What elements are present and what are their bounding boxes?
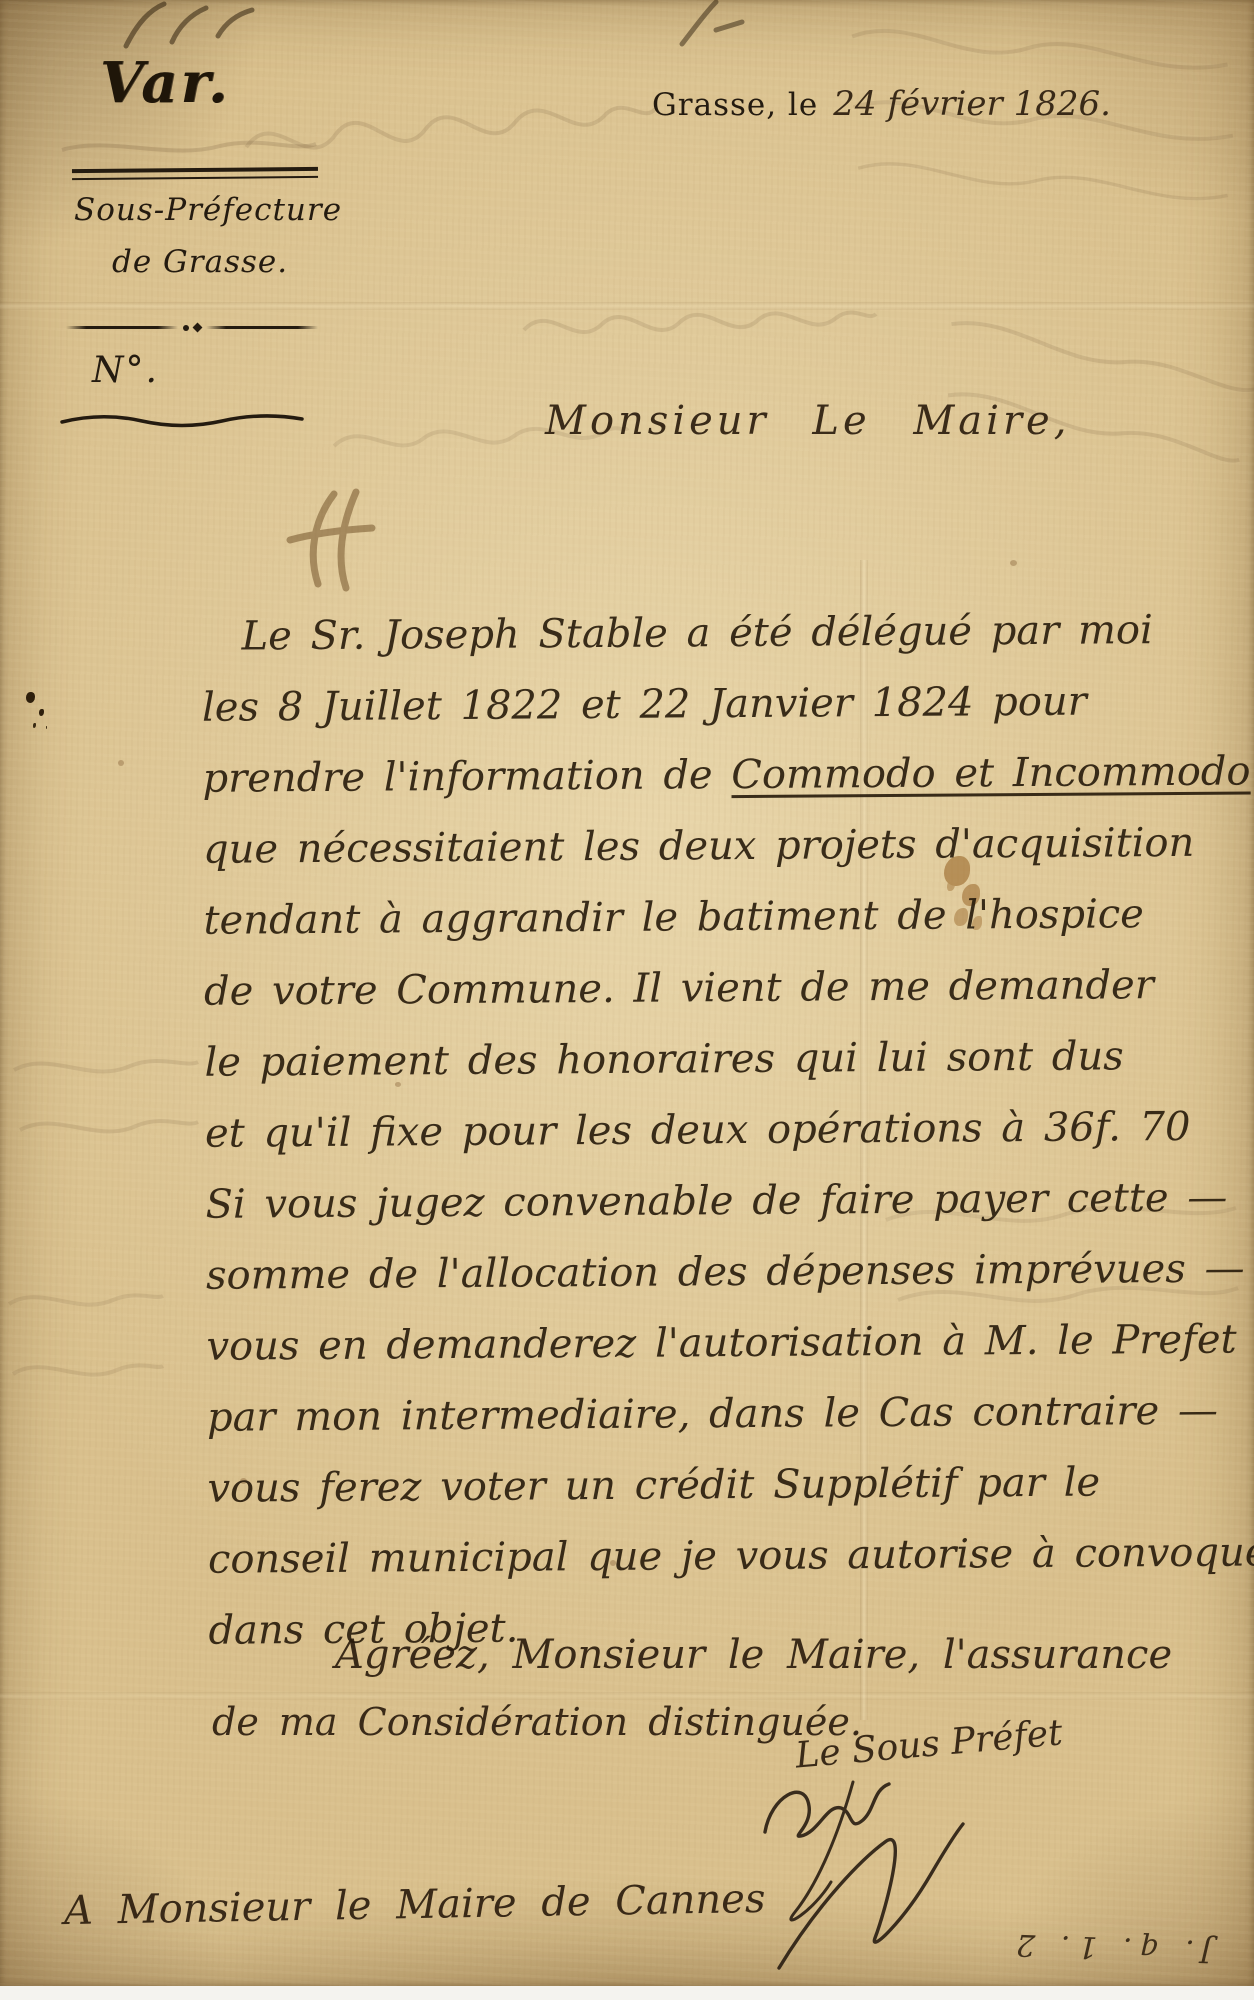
body-line: vous ferez voter un crédit Supplétif par… [207, 1446, 1254, 1525]
scanned-letter-page: { "colors": { "paper": "#d9c08d", "ink":… [0, 0, 1254, 2000]
letterhead-number-label: N°. [92, 350, 159, 391]
letterhead-department: Var. [100, 50, 230, 116]
divider-dot [183, 325, 189, 331]
dateline-place-label: Grasse, le [652, 87, 818, 123]
ink-spots-left-margin [26, 692, 35, 703]
dateline: Grasse, le 24 février 1826. [652, 84, 1111, 124]
dateline-date: 24 février 1826. [833, 84, 1111, 124]
addressee-line: A Monsieur le Maire de Cannes [64, 1876, 766, 1934]
letter-body: Le Sr. Joseph Stable a été délégué par m… [201, 594, 1254, 1667]
bleed-through-script [5, 1270, 165, 1410]
body-line: que nécessitaient les deux projets d'acq… [203, 807, 1254, 886]
letterhead-office-line2: de Grasse. [112, 244, 288, 280]
foxing-speck [1010, 560, 1017, 566]
body-line: prendre l'information de Commodo et Inco… [202, 736, 1254, 815]
bleed-through-script [60, 128, 320, 168]
ink-blot-bleed [272, 488, 402, 598]
body-line: Le Sr. Joseph Stable a été délégué par m… [201, 594, 1254, 673]
closing-line1: Agréez, Monsieur le Maire, l'assurance [335, 1632, 1172, 1678]
divider-dot [193, 323, 203, 333]
body-line: conseil municipal que je vous autorise à… [208, 1517, 1254, 1596]
body-line: et qu'il fixe pour les deux opérations à… [205, 1091, 1254, 1170]
body-line: par mon intermediaire, dans le Cas contr… [207, 1375, 1254, 1454]
body-line: de votre Commune. Il vient de me demande… [204, 949, 1254, 1028]
bleed-through-script [238, 73, 662, 198]
body-line: Si vous jugez convenable de faire payer … [205, 1162, 1254, 1241]
fold-crease-bottom [0, 1692, 1254, 1700]
signature-flourish [735, 1762, 995, 1987]
divider-line [206, 326, 318, 329]
ink-smudge-top-left [118, 0, 268, 52]
ink-smudge-top-center [672, 0, 752, 48]
closing-line2: de ma Considération distinguée. [212, 1700, 862, 1744]
inverted-corner-note: J. q. 1. 2 [1007, 1926, 1212, 1968]
body-line: somme de l'allocation des dépenses impré… [206, 1233, 1254, 1312]
paper-sheet: Var. Sous-Préfecture de Grasse. N°. Gras… [0, 0, 1254, 1986]
fold-crease-top [0, 302, 1254, 310]
bleed-through-script [10, 1040, 200, 1160]
body-line: vous en demanderez l'autorisation à M. l… [206, 1304, 1254, 1383]
letterhead-double-rule [72, 167, 318, 180]
number-underline-squiggle [60, 408, 310, 430]
body-line: tendant à aggrandir le batiment de l'hos… [203, 878, 1254, 957]
body-line-underlined-text: Commodo et Incommodo [731, 748, 1250, 798]
letterhead-divider [66, 324, 318, 331]
body-line: les 8 Juillet 1822 et 22 Janvier 1824 po… [202, 665, 1254, 744]
divider-line [66, 326, 178, 329]
body-line: le paiement des honoraires qui lui sont … [204, 1020, 1254, 1099]
foxing-speck [118, 760, 124, 766]
bleed-through-script [520, 290, 880, 360]
body-line-text: prendre l'information de [202, 752, 731, 802]
salutation: Monsieur Le Maire, [545, 398, 1070, 444]
letterhead-office-line1: Sous-Préfecture [74, 192, 342, 228]
